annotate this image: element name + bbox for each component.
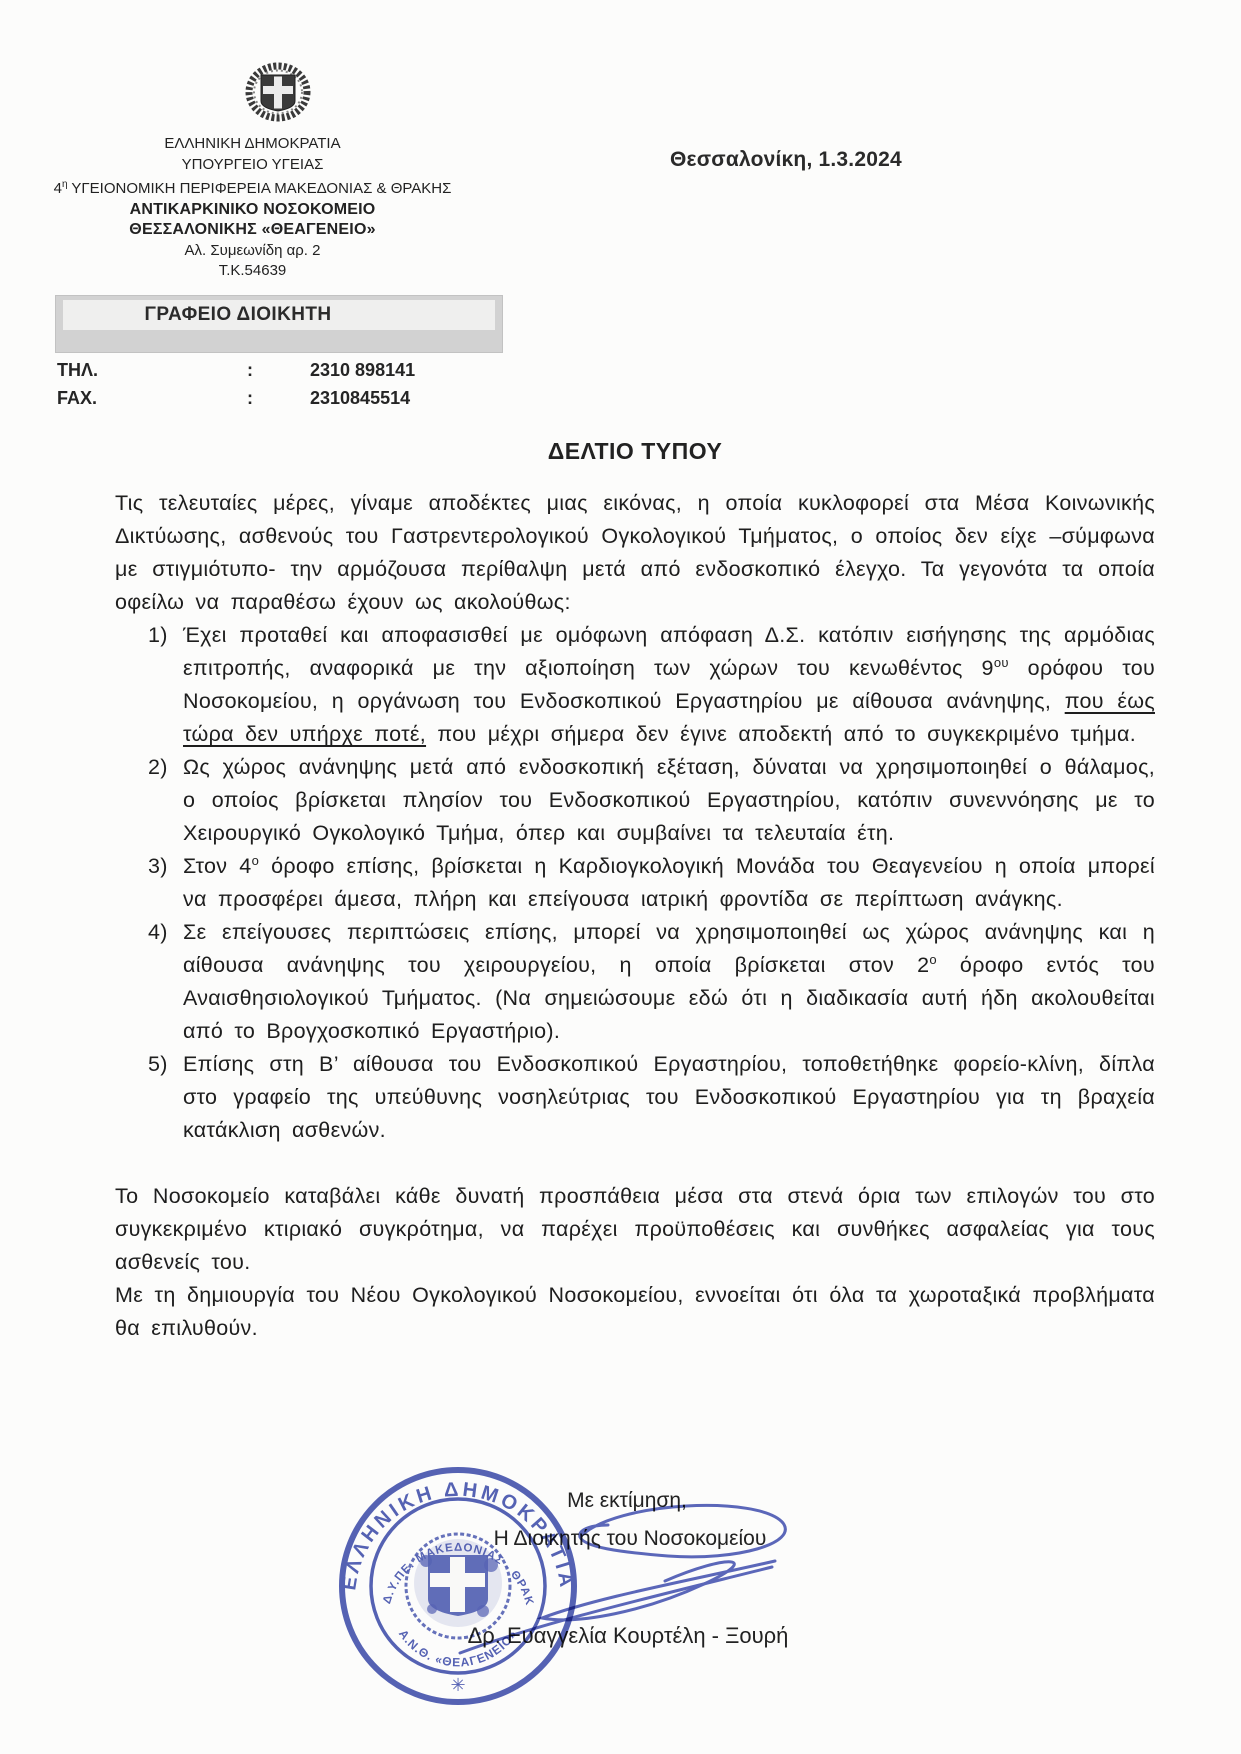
list-item-5-number: 5) <box>148 1048 168 1081</box>
letterhead-address: Αλ. Συμεωνίδη αρ. 2 <box>30 241 475 262</box>
intro-paragraph: Τις τελευταίες μέρες, γίναμε αποδέκτες μ… <box>115 487 1155 619</box>
fax-colon: : <box>247 388 310 409</box>
list-item-4-number: 4) <box>148 916 168 949</box>
phone-label: ΤΗΛ. <box>57 360 247 381</box>
scanned-letter-page: ΕΛΛΗΝΙΚΗ ΔΗΜΟΚΡΑΤΙΑ ΥΠΟΥΡΓΕΙΟ ΥΓΕΙΑΣ 4η … <box>0 0 1241 1754</box>
body-text: Τις τελευταίες μέρες, γίναμε αποδέκτες μ… <box>115 487 1155 1345</box>
list-item-5: 5) Επίσης στη Β’ αίθουσα του Ενδοσκοπικο… <box>115 1048 1155 1147</box>
letterhead-hospital-2: ΘΕΣΣΑΛΟΝΙΚΗΣ «ΘΕΑΓΕΝΕΙΟ» <box>30 220 475 241</box>
fax-row: FAX.:2310845514 <box>57 388 410 409</box>
list-item-3: 3) Στον 4ο όροφο επίσης, βρίσκεται η Καρ… <box>115 850 1155 916</box>
closing-paragraph-1: Το Νοσοκομείο καταβάλει κάθε δυνατή προσ… <box>115 1180 1155 1279</box>
phone-value: 2310 898141 <box>310 360 415 380</box>
list-item-3-number: 3) <box>148 850 168 883</box>
phone-colon: : <box>247 360 310 381</box>
fax-value: 2310845514 <box>310 388 410 408</box>
list-item-1: 1) Έχει προταθεί και αποφασισθεί με ομόφ… <box>115 619 1155 751</box>
list-item-1-number: 1) <box>148 619 168 652</box>
office-title: ΓΡΑΦΕΙΟ ΔΙΟΙΚΗΤΗ <box>63 300 495 330</box>
list-item-2-number: 2) <box>148 751 168 784</box>
fax-label: FAX. <box>57 388 247 409</box>
letterhead-region: 4η ΥΓΕΙΟΝΟΜΙΚΗ ΠΕΡΙΦΕΡΕΙΑ ΜΑΚΕΔΟΝΙΑΣ & Θ… <box>30 175 475 200</box>
stamp-star: ✳ <box>450 1675 465 1695</box>
letterhead-republic: ΕΛΛΗΝΙΚΗ ΔΗΜΟΚΡΑΤΙΑ <box>30 134 475 155</box>
letterhead-postcode: Τ.Κ.54639 <box>30 261 475 282</box>
round-stamp: ΕΛΛΗΝΙΚΗ ΔΗΜΟΚΡΑΤΙΑ ✳ 4η Δ.Υ.ΠΕ. ΜΑΚΕΔΟΝ… <box>333 1461 583 1711</box>
letterhead-ministry: ΥΠΟΥΡΓΕΙΟ ΥΓΕΙΑΣ <box>30 155 475 176</box>
letterhead: ΕΛΛΗΝΙΚΗ ΔΗΜΟΚΡΑΤΙΑ ΥΠΟΥΡΓΕΙΟ ΥΓΕΙΑΣ 4η … <box>30 134 475 282</box>
list-item-4: 4) Σε επείγουσες περιπτώσεις επίσης, μπο… <box>115 916 1155 1048</box>
closing-paragraph-2: Με τη δημιουργία του Νέου Ογκολογικού Νο… <box>115 1279 1155 1345</box>
date-line: Θεσσαλονίκη, 1.3.2024 <box>670 148 990 172</box>
phone-row: ΤΗΛ.:2310 898141 <box>57 360 415 381</box>
document-title: ΔΕΛΤΙΟ ΤΥΠΟΥ <box>115 438 1155 465</box>
greek-state-emblem-icon <box>243 62 313 124</box>
list-item-2: 2) Ως χώρος ανάνηψης μετά από ενδοσκοπικ… <box>115 751 1155 850</box>
office-bar: ΓΡΑΦΕΙΟ ΔΙΟΙΚΗΤΗ <box>55 295 503 353</box>
stamp-center-emblem <box>414 1539 502 1627</box>
letterhead-hospital-1: ΑΝΤΙΚΑΡΚΙΝΙΚΟ ΝΟΣΟΚΟΜΕΙΟ <box>30 200 475 221</box>
